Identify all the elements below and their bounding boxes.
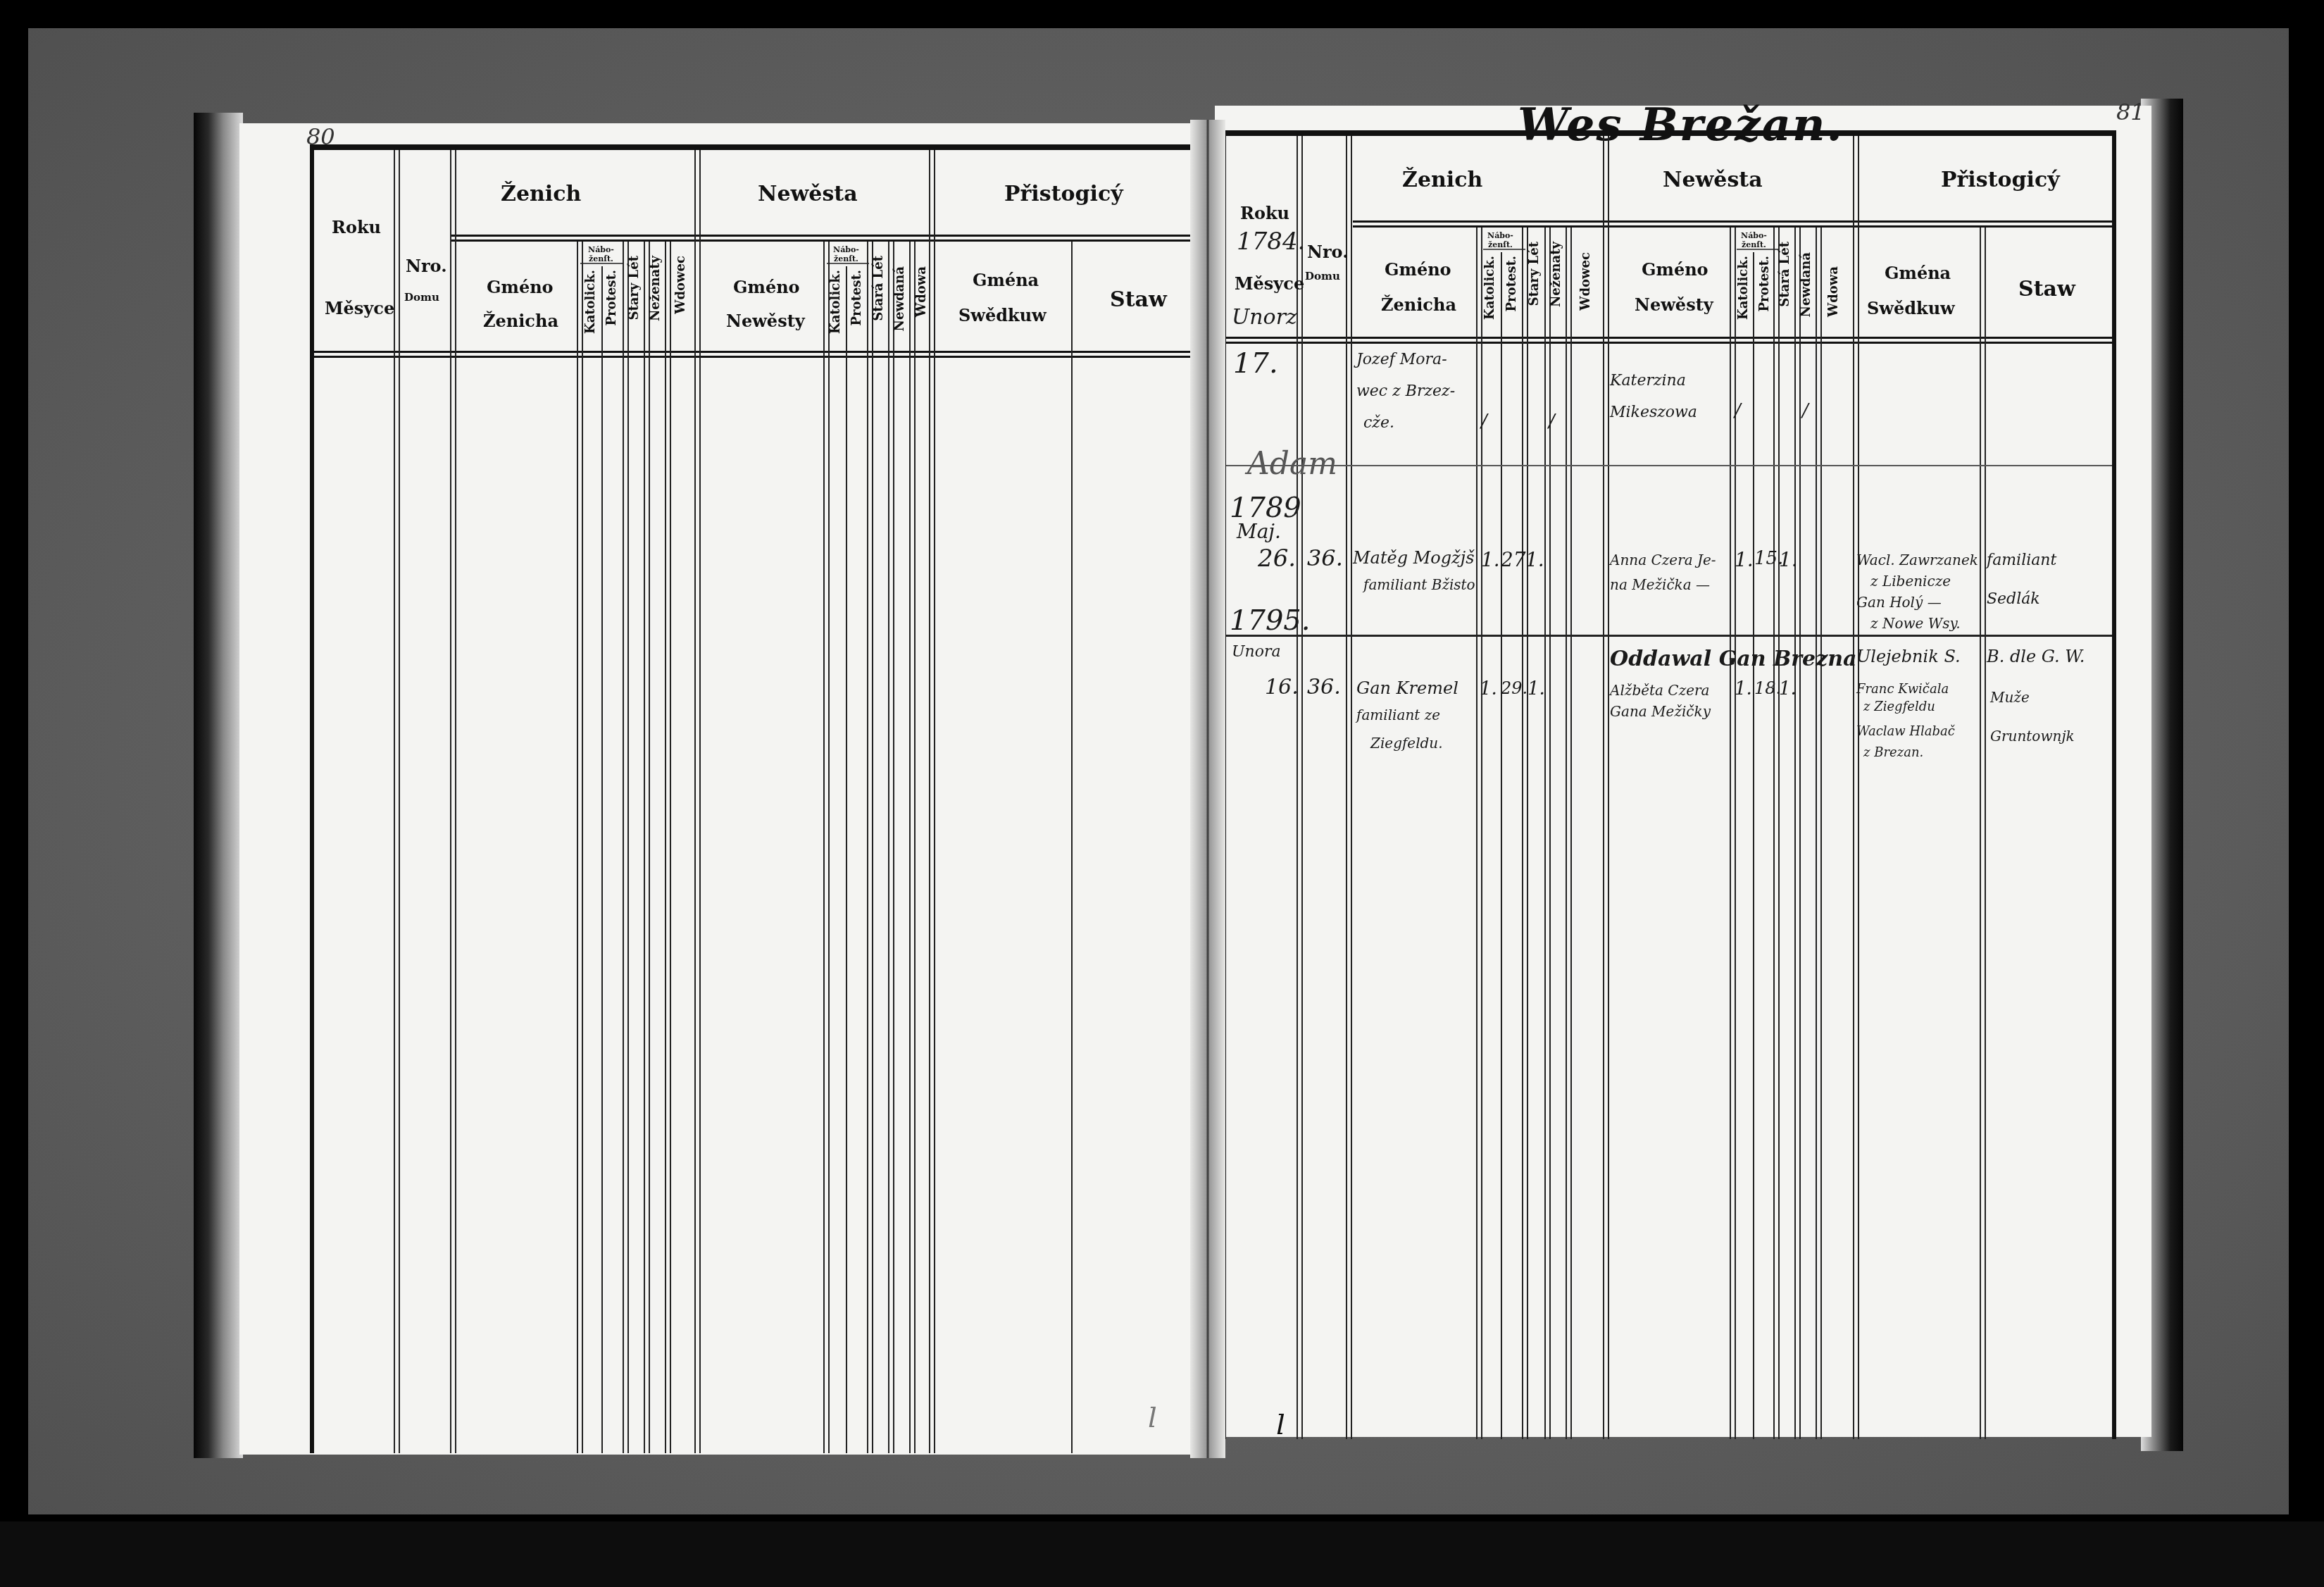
header-roku-right: Roku <box>1240 203 1289 223</box>
register-table-right: Roku 1784. Měsyce Unorz Nro. Domu Ženich… <box>1222 130 2116 1439</box>
header-nezenaty: Neženaty <box>648 256 663 321</box>
header-katolick-groom: Katolick. <box>583 270 598 334</box>
header-separator <box>314 351 1200 358</box>
header-katolick-bride: Katolick. <box>828 270 843 334</box>
header-nro: Nro. <box>406 256 447 276</box>
header-gmeno-newesty-1: Gméno <box>733 277 800 297</box>
header-gmeno-newesty-2: Newěsty <box>726 311 805 331</box>
header-pristogici: Přistogicý <box>1004 182 1123 206</box>
header-stary-let: Stary Lét <box>627 256 642 320</box>
header-gmeno-zenicha-2: Ženicha <box>483 311 558 331</box>
header-gmena-swedkuw-1: Gména <box>973 270 1039 290</box>
left-page: 80 Roku Měsyce Nro. Domu Ženich Newěsta … <box>239 123 1204 1455</box>
header-zenich: Ženich <box>501 182 581 206</box>
header-roku: Roku <box>332 217 381 237</box>
book-edge-left <box>194 113 243 1458</box>
header-month-unorz: Unorz <box>1232 305 1297 330</box>
book-spine <box>1190 120 1225 1458</box>
header-stara-let: Stará Lét <box>871 256 886 321</box>
header-wdowec: Wdowec <box>673 256 688 314</box>
header-wdowa: Wdowa <box>914 266 929 317</box>
header-nabozenst-bride: Nábo-ženſt. <box>827 245 866 263</box>
margin-note-adam: Adam <box>1247 446 1337 482</box>
header-staw: Staw <box>1110 287 1167 312</box>
header-mesyce-right: Měsyce <box>1235 273 1304 294</box>
header-domu: Domu <box>404 291 439 304</box>
header-gmeno-zenicha-1: Gméno <box>487 277 554 297</box>
header-year-1784: 1784. <box>1237 228 1305 256</box>
header-nabozenst-groom: Nábo-ženſt. <box>582 245 620 263</box>
header-gmena-swedkuw-2: Swědkuw <box>958 305 1047 325</box>
header-newdana: Newdaná <box>892 266 907 331</box>
row-separator <box>1226 465 2112 466</box>
group-separator <box>451 235 1200 242</box>
header-newesta: Newěsta <box>758 182 858 206</box>
header-protest-groom: Protest. <box>604 270 619 326</box>
officiant-note: Oddawal Gan Brezna <box>1610 647 1856 671</box>
page-number-right: 81 <box>2116 99 2145 125</box>
header-protest-bride: Protest. <box>849 270 864 326</box>
right-page: 81 Wes Brežan. Roku 1784. Měsyce Unorz N… <box>1215 106 2151 1437</box>
bottom-mark-left: l <box>1148 1402 1157 1434</box>
register-table-left: Roku Měsyce Nro. Domu Ženich Newěsta Při… <box>310 144 1204 1453</box>
scanner-bed <box>0 1521 2324 1587</box>
header-mesyce: Měsyce <box>325 298 394 318</box>
row-separator <box>1226 635 2112 637</box>
bottom-mark-right: l <box>1276 1409 1285 1441</box>
